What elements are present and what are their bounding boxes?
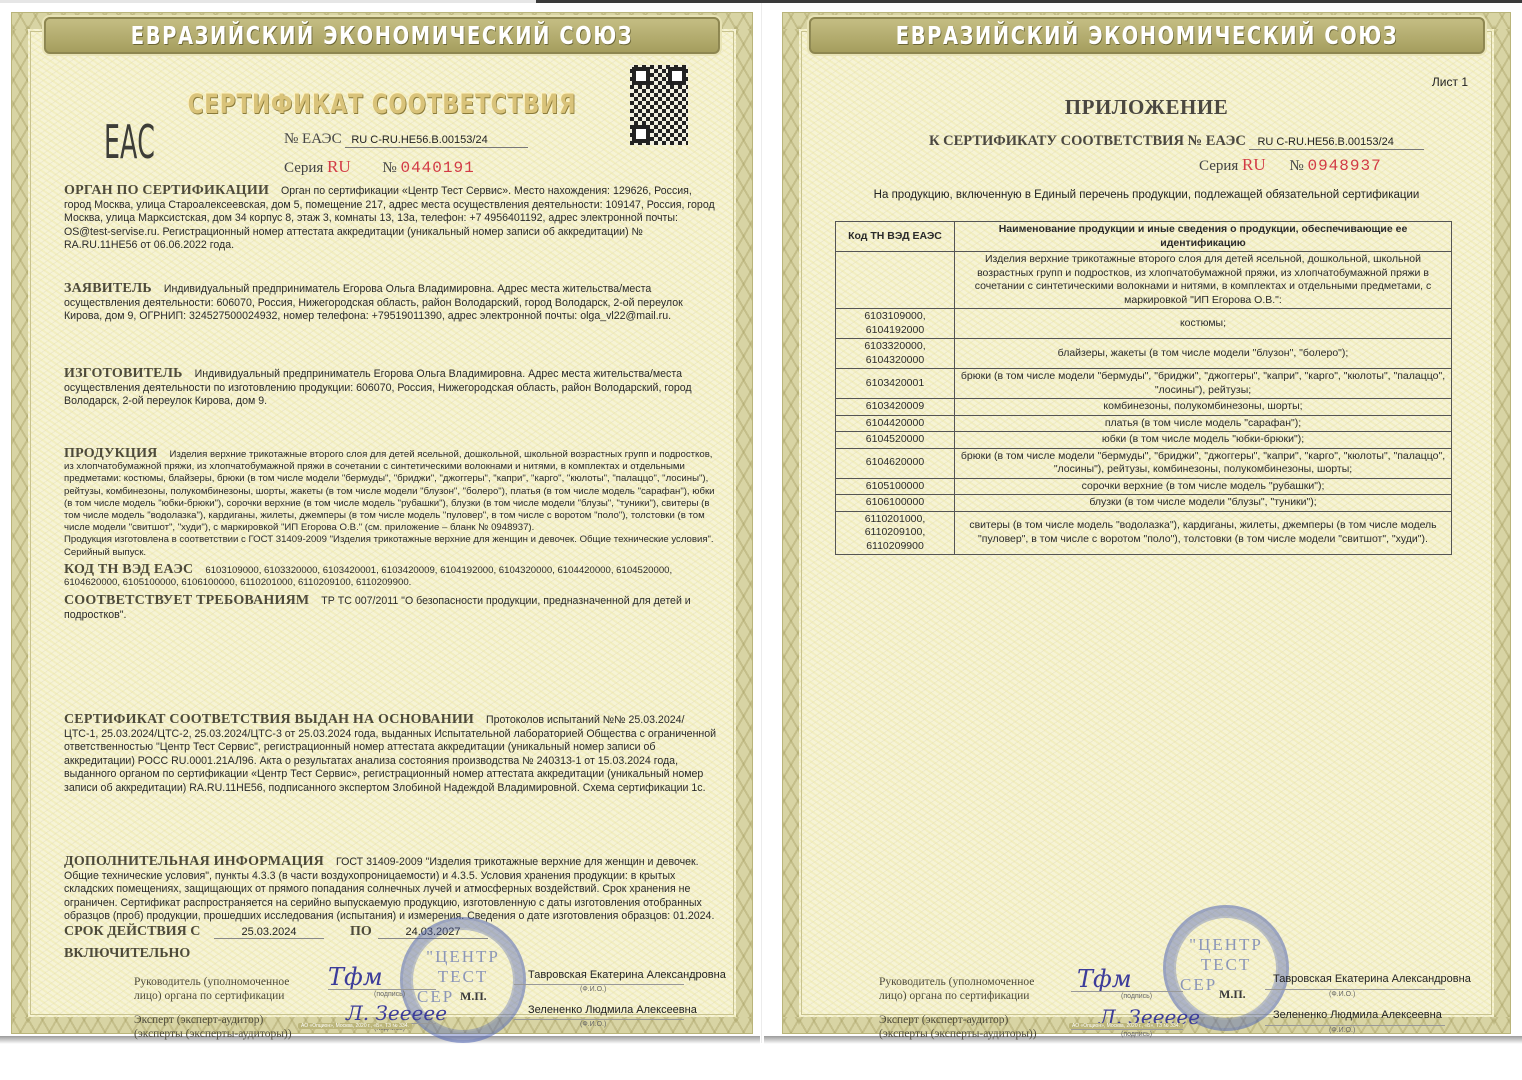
registration-number-line: № ЕАЭС RU C-RU.HE56.B.00153/24 <box>284 131 528 148</box>
label-line: Эксперт (эксперт-аудитор) <box>879 1013 1037 1027</box>
label-line: лицо) органа по сертификации <box>879 989 1034 1003</box>
cell-code: 6103109000,6104192000 <box>836 309 955 339</box>
section-text: Индивидуальный предприниматель Егорова О… <box>64 283 683 322</box>
cell-description: Изделия верхние трикотажные второго слоя… <box>955 252 1452 309</box>
sheet-number: Лист 1 <box>1432 75 1468 89</box>
stamp-mp-label: М.П. <box>1219 987 1246 1002</box>
cell-description: костюмы; <box>955 309 1452 339</box>
cell-code <box>836 252 955 309</box>
certificate-title-text: СЕРТИФИКАТ СООТВЕТСТВИЯ <box>188 89 577 120</box>
name-line <box>514 984 684 985</box>
cell-code: 6103320000,6104320000 <box>836 339 955 369</box>
signature-line <box>1071 991 1183 992</box>
section-head: ПРОДУКЦИЯ <box>64 446 157 461</box>
stamp-text: "ЦЕНТР <box>1166 936 1286 954</box>
name-line <box>1265 989 1445 990</box>
cell-description: юбки (в том числе модель "юбки-брюки"); <box>955 432 1452 449</box>
table-row: Изделия верхние трикотажные второго слоя… <box>836 252 1452 309</box>
union-banner-text: ЕВРАЗИЙСКИЙ ЭКОНОМИЧЕСКИЙ СОЮЗ <box>131 21 633 50</box>
expert-signatory-label: Эксперт (эксперт-аудитор) (эксперты (экс… <box>879 1013 1037 1041</box>
head-signature: Тфм <box>1077 965 1132 993</box>
expert-name: Зелененко Людмила Алексеевна <box>1273 1009 1442 1021</box>
stamp-mp-label: М.П. <box>460 989 487 1004</box>
expert-signatory-label: Эксперт (эксперт-аудитор) (эксперты (экс… <box>134 1013 292 1041</box>
name-caption: (Ф.И.О.) <box>580 1021 606 1028</box>
eac-logo-icon: ЕАС <box>104 115 155 169</box>
qr-code-icon[interactable] <box>630 65 688 145</box>
cell-description: брюки (в том числе модели "бермуды", "бр… <box>955 448 1452 478</box>
section-applicant: ЗАЯВИТЕЛЬИндивидуальный предприниматель … <box>64 282 718 324</box>
cell-description: блузки (в том числе модели "блузы", "тун… <box>955 495 1452 512</box>
reg-label: № ЕАЭС <box>284 131 342 147</box>
reg-number: RU C-RU.HE56.B.00153/24 <box>345 134 527 148</box>
table-header-row: Код ТН ВЭД ЕАЭС Наименование продукции и… <box>836 222 1452 252</box>
name-caption: (Ф.И.О.) <box>580 986 606 993</box>
union-banner: ЕВРАЗИЙСКИЙ ЭКОНОМИЧЕСКИЙ СОЮЗ <box>44 17 720 54</box>
cell-code: 6105100000 <box>836 478 955 495</box>
table-row: 6103420009комбинезоны, полукомбинезоны, … <box>836 399 1452 416</box>
printer-mark: АО «Опцион», Москва, 2020 г., «Б», ТЗ № … <box>1069 1023 1183 1029</box>
name-caption: (Ф.И.О.) <box>1329 991 1355 998</box>
name-line <box>514 1019 684 1020</box>
stamp-text: "ЦЕНТР <box>403 948 523 966</box>
product-codes-table: Код ТН ВЭД ЕАЭС Наименование продукции и… <box>835 221 1452 555</box>
certificate-page: ЕВРАЗИЙСКИЙ ЭКОНОМИЧЕСКИЙ СОЮЗ СЕРТИФИКА… <box>12 13 752 1033</box>
table-row: 6104420000платья (в том числе модель "са… <box>836 415 1452 432</box>
printer-mark: АО «Опцион», Москва, 2020 г., «Б», ТЗ № … <box>298 1023 412 1029</box>
union-banner: ЕВРАЗИЙСКИЙ ЭКОНОМИЧЕСКИЙ СОЮЗ <box>808 17 1484 54</box>
section-manufacturer: ИЗГОТОВИТЕЛЬИндивидуальный предпринимате… <box>64 367 718 409</box>
appendix-subtitle: К СЕРТИФИКАТУ СООТВЕТСТВИЯ № ЕАЭС RU C-R… <box>929 133 1424 150</box>
blank-label: № <box>382 160 396 176</box>
head-signature: Тфм <box>328 963 383 991</box>
page-shadow-left <box>0 1036 760 1044</box>
label-line: Руководитель (уполномоченное <box>134 975 289 989</box>
label-line: лицо) органа по сертификации <box>134 989 289 1003</box>
reg-number: RU C-RU.HE56.B.00153/24 <box>1249 136 1423 150</box>
column-header-description: Наименование продукции и иные сведения о… <box>955 222 1452 252</box>
series-label: Серия <box>284 160 323 176</box>
signature-caption: (подпись) <box>374 991 405 998</box>
series-value: RU <box>327 157 351 176</box>
validity-date-from: 25.03.2024 <box>214 926 324 939</box>
appendix-page: ЕВРАЗИЙСКИЙ ЭКОНОМИЧЕСКИЙ СОЮЗ Лист 1 ПР… <box>783 13 1510 1033</box>
validity-inclusive-label: ВКЛЮЧИТЕЛЬНО <box>64 947 190 961</box>
validity-to-label: ПО <box>350 925 372 939</box>
section-head: СООТВЕТСТВУЕТ ТРЕБОВАНИЯМ <box>64 593 309 608</box>
appendix-subtitle-text: К СЕРТИФИКАТУ СООТВЕТСТВИЯ № ЕАЭС <box>929 133 1246 149</box>
table-row: 6103109000,6104192000костюмы; <box>836 309 1452 339</box>
product-note: Продукция изготовлена в соответствии с Г… <box>64 534 718 558</box>
series-line: Серия RU № 0440191 <box>284 157 475 177</box>
viewer-toolbar-strip <box>536 0 1522 3</box>
series-label: Серия <box>1199 158 1238 174</box>
cell-code: 6103420009 <box>836 399 955 416</box>
table-row: 6103320000,6104320000блайзеры, жакеты (в… <box>836 339 1452 369</box>
label-line: (эксперты (эксперты-аудиторы)) <box>134 1027 292 1041</box>
section-head: ОРГАН ПО СЕРТИФИКАЦИИ <box>64 183 269 198</box>
cell-code: 6106100000 <box>836 495 955 512</box>
name-line <box>1265 1025 1445 1026</box>
section-head: ДОПОЛНИТЕЛЬНАЯ ИНФОРМАЦИЯ <box>64 854 324 869</box>
expert-name: Зелененко Людмила Алексеевна <box>528 1004 697 1016</box>
validity-from-label: СРОК ДЕЙСТВИЯ С <box>64 925 200 939</box>
union-banner-text: ЕВРАЗИЙСКИЙ ЭКОНОМИЧЕСКИЙ СОЮЗ <box>895 21 1397 50</box>
viewer-top-edge <box>0 0 536 3</box>
blank-number: 0948937 <box>1307 157 1381 175</box>
signature-line <box>1071 1029 1183 1030</box>
table-row: 6104620000брюки (в том числе модели "бер… <box>836 448 1452 478</box>
head-signatory-label: Руководитель (уполномоченное лицо) орган… <box>879 975 1034 1003</box>
expert-signature: Л. Зеееее <box>346 1001 447 1025</box>
blank-label: № <box>1289 158 1303 174</box>
section-text: Изделия верхние трикотажные второго слоя… <box>64 449 715 533</box>
table-row: 6105100000сорочки верхние (в том числе м… <box>836 478 1452 495</box>
table-row: 6104520000юбки (в том числе модель "юбки… <box>836 432 1452 449</box>
section-head: ЗАЯВИТЕЛЬ <box>64 281 152 296</box>
label-line: Эксперт (эксперт-аудитор) <box>134 1013 292 1027</box>
label-line: (эксперты (эксперты-аудиторы)) <box>879 1027 1037 1041</box>
label-line: Руководитель (уполномоченное <box>879 975 1034 989</box>
cell-description: комбинезоны, полукомбинезоны, шорты; <box>955 399 1452 416</box>
cell-code: 6104420000 <box>836 415 955 432</box>
table-row: 6106100000блузки (в том числе модели "бл… <box>836 495 1452 512</box>
stamp-text: ТЕСТ <box>1166 956 1286 974</box>
stamp-text: ТЕСТ <box>403 968 523 986</box>
section-head: СЕРТИФИКАТ СООТВЕТСТВИЯ ВЫДАН НА ОСНОВАН… <box>64 712 474 727</box>
signature-caption: (подпись) <box>1121 1031 1152 1038</box>
head-signatory-label: Руководитель (уполномоченное лицо) орган… <box>134 975 289 1003</box>
section-head: КОД ТН ВЭД ЕАЭС <box>64 562 193 577</box>
section-certification-body: ОРГАН ПО СЕРТИФИКАЦИИОрган по сертификац… <box>64 184 718 253</box>
cell-description: свитеры (в том числе модель "водолазка")… <box>955 511 1452 555</box>
appendix-intro: На продукцию, включенную в Единый перече… <box>799 189 1494 201</box>
cell-description: платья (в том числе модель "сарафан"); <box>955 415 1452 432</box>
cell-code: 6104620000 <box>836 448 955 478</box>
column-header-code: Код ТН ВЭД ЕАЭС <box>836 222 955 252</box>
cell-description: брюки (в том числе модели "бермуды", "бр… <box>955 369 1452 399</box>
cell-code: 6104520000 <box>836 432 955 449</box>
head-name: Тавровская Екатерина Александровна <box>528 969 726 981</box>
cell-description: блайзеры, жакеты (в том числе модели "бл… <box>955 339 1452 369</box>
signature-line <box>328 989 436 990</box>
section-product: ПРОДУКЦИЯИзделия верхние трикотажные вто… <box>64 448 718 559</box>
signature-caption: (подпись) <box>1121 993 1152 1000</box>
appendix-title: ПРИЛОЖЕНИЕ <box>799 95 1494 120</box>
name-caption: (Ф.И.О.) <box>1329 1027 1355 1034</box>
head-name: Тавровская Екатерина Александровна <box>1273 973 1471 985</box>
series-line: Серия RU № 0948937 <box>1199 155 1382 175</box>
cell-code: 6110201000,6110209100,6110209900 <box>836 511 955 555</box>
section-hs-code: КОД ТН ВЭД ЕАЭС6103109000, 6103320000, 6… <box>64 564 718 589</box>
blank-number: 0440191 <box>400 159 474 177</box>
section-basis: СЕРТИФИКАТ СООТВЕТСТВИЯ ВЫДАН НА ОСНОВАН… <box>64 713 718 796</box>
cell-code: 6103420001 <box>836 369 955 399</box>
section-requirements: СООТВЕТСТВУЕТ ТРЕБОВАНИЯМТР ТС 007/2011 … <box>64 594 718 622</box>
table-row: 6110201000,6110209100,6110209900свитеры … <box>836 511 1452 555</box>
cell-description: сорочки верхние (в том числе модель "руб… <box>955 478 1452 495</box>
section-head: ИЗГОТОВИТЕЛЬ <box>64 366 183 381</box>
table-row: 6103420001брюки (в том числе модели "бер… <box>836 369 1452 399</box>
page-divider <box>761 3 762 1043</box>
section-additional-info: ДОПОЛНИТЕЛЬНАЯ ИНФОРМАЦИЯГОСТ 31409-2009… <box>64 855 718 924</box>
series-value: RU <box>1242 155 1266 174</box>
